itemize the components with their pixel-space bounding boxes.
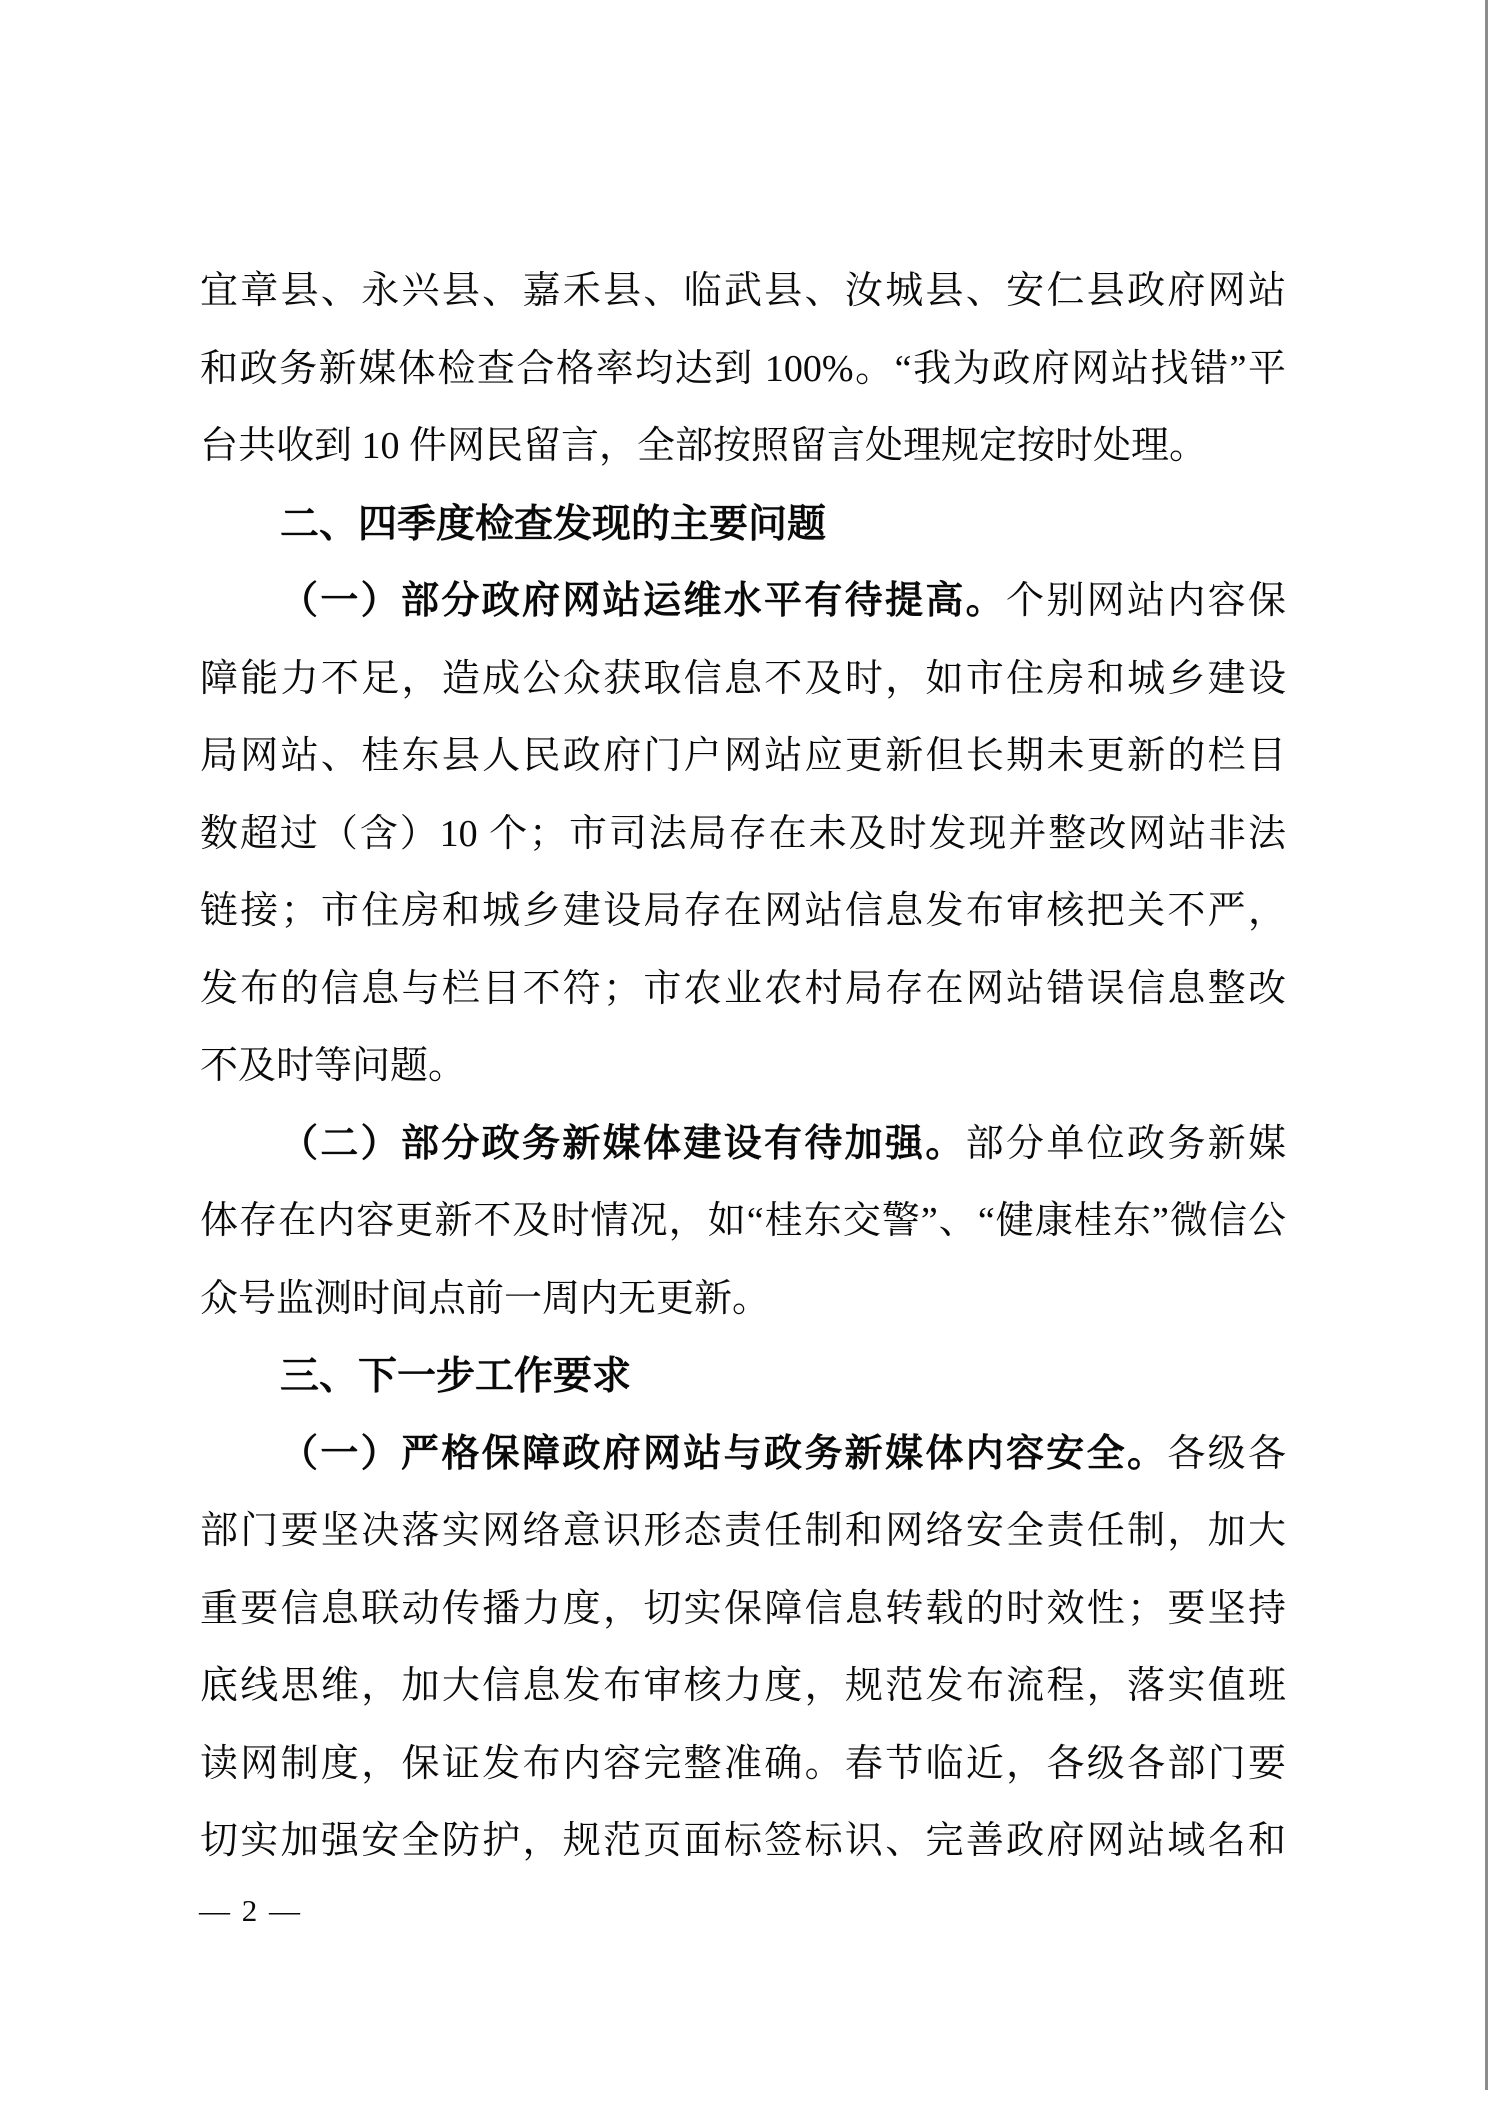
item-2-line-2: 体存在内容更新不及时情况，如“桂东交警”、“健康桂东”微信公	[200, 1183, 1286, 1261]
page-number: — 2 —	[199, 1889, 302, 1933]
text-segment-body: 链接；市住房和城乡建设局存在网站信息发布审核把关不严，	[200, 890, 1286, 932]
item-3-line-3: 重要信息联动传播力度，切实保障信息转载的时效性；要坚持	[200, 1571, 1286, 1649]
text-segment-body: 不及时等问题。	[200, 1045, 466, 1087]
body-line-3: 台共收到 10 件网民留言，全部按照留言处理规定按时处理。	[200, 408, 1286, 486]
text-segment-body: 障能力不足，造成公众获取信息不及时，如市住房和城乡建设	[200, 658, 1286, 700]
text-segment-heading: 二、四季度检查发现的主要问题	[280, 503, 826, 546]
text-segment-body: 台共收到 10 件网民留言，全部按照留言处理规定按时处理。	[200, 425, 1207, 467]
text-segment-body: 局网站、桂东县人民政府门户网站应更新但长期未更新的栏目	[200, 735, 1286, 777]
body-line-1: 宜章县、永兴县、嘉禾县、临武县、汝城县、安仁县政府网站	[200, 253, 1286, 331]
item-1-line-5: 链接；市住房和城乡建设局存在网站信息发布审核把关不严，	[200, 873, 1286, 951]
section-heading-3: 三、下一步工作要求	[200, 1338, 1286, 1416]
item-1-line-3: 局网站、桂东县人民政府门户网站应更新但长期未更新的栏目	[200, 718, 1286, 796]
item-3-line-1: （一）严格保障政府网站与政务新媒体内容安全。各级各	[200, 1416, 1286, 1494]
text-segment-body: 个别网站内容保	[1006, 580, 1286, 622]
item-3-line-6: 切实加强安全防护，规范页面标签标识、完善政府网站域名和	[200, 1803, 1286, 1881]
item-1-line-1: （一）部分政府网站运维水平有待提高。个别网站内容保	[200, 563, 1286, 641]
item-3-line-4: 底线思维，加大信息发布审核力度，规范发布流程，落实值班	[200, 1648, 1286, 1726]
item-3-line-5: 读网制度，保证发布内容完整准确。春节临近，各级各部门要	[200, 1726, 1286, 1804]
item-1-line-6: 发布的信息与栏目不符；市农业农村局存在网站错误信息整改	[200, 951, 1286, 1029]
text-segment-body: 和政务新媒体检查合格率均达到 100%。“我为政府网站找错”平	[200, 348, 1286, 390]
text-segment-body: 部分单位政务新媒	[966, 1123, 1286, 1165]
item-1-line-2: 障能力不足，造成公众获取信息不及时，如市住房和城乡建设	[200, 641, 1286, 719]
item-1-line-7: 不及时等问题。	[200, 1028, 1286, 1106]
document-body: 宜章县、永兴县、嘉禾县、临武县、汝城县、安仁县政府网站和政务新媒体检查合格率均达…	[200, 253, 1286, 1881]
text-segment-body: 切实加强安全防护，规范页面标签标识、完善政府网站域名和	[200, 1820, 1286, 1862]
text-segment-body: 各级各	[1167, 1433, 1286, 1475]
text-segment-body: 宜章县、永兴县、嘉禾县、临武县、汝城县、安仁县政府网站	[200, 270, 1286, 312]
text-segment-body: 底线思维，加大信息发布审核力度，规范发布流程，落实值班	[200, 1665, 1286, 1707]
item-1-line-4: 数超过（含）10 个；市司法局存在未及时发现并整改网站非法	[200, 796, 1286, 874]
text-segment-body: 众号监测时间点前一周内无更新。	[200, 1278, 770, 1320]
section-heading-2: 二、四季度检查发现的主要问题	[200, 486, 1286, 564]
item-2-line-3: 众号监测时间点前一周内无更新。	[200, 1261, 1286, 1339]
text-segment-bold-lead: （一）部分政府网站运维水平有待提高。	[280, 580, 1006, 622]
text-segment-body: 部门要坚决落实网络意识形态责任制和网络安全责任制，加大	[200, 1510, 1286, 1552]
document-page: 宜章县、永兴县、嘉禾县、临武县、汝城县、安仁县政府网站和政务新媒体检查合格率均达…	[0, 0, 1488, 2105]
item-3-line-2: 部门要坚决落实网络意识形态责任制和网络安全责任制，加大	[200, 1493, 1286, 1571]
body-line-2: 和政务新媒体检查合格率均达到 100%。“我为政府网站找错”平	[200, 331, 1286, 409]
text-segment-body: 读网制度，保证发布内容完整准确。春节临近，各级各部门要	[200, 1743, 1286, 1785]
text-segment-bold-lead: （一）严格保障政府网站与政务新媒体内容安全。	[280, 1433, 1167, 1475]
text-segment-bold-lead: （二）部分政务新媒体建设有待加强。	[280, 1123, 966, 1165]
text-segment-body: 体存在内容更新不及时情况，如“桂东交警”、“健康桂东”微信公	[200, 1200, 1286, 1242]
item-2-line-1: （二）部分政务新媒体建设有待加强。部分单位政务新媒	[200, 1106, 1286, 1184]
text-segment-body: 数超过（含）10 个；市司法局存在未及时发现并整改网站非法	[200, 813, 1286, 855]
text-segment-body: 重要信息联动传播力度，切实保障信息转载的时效性；要坚持	[200, 1588, 1286, 1630]
text-segment-heading: 三、下一步工作要求	[280, 1355, 631, 1398]
text-segment-body: 发布的信息与栏目不符；市农业农村局存在网站错误信息整改	[200, 968, 1286, 1010]
